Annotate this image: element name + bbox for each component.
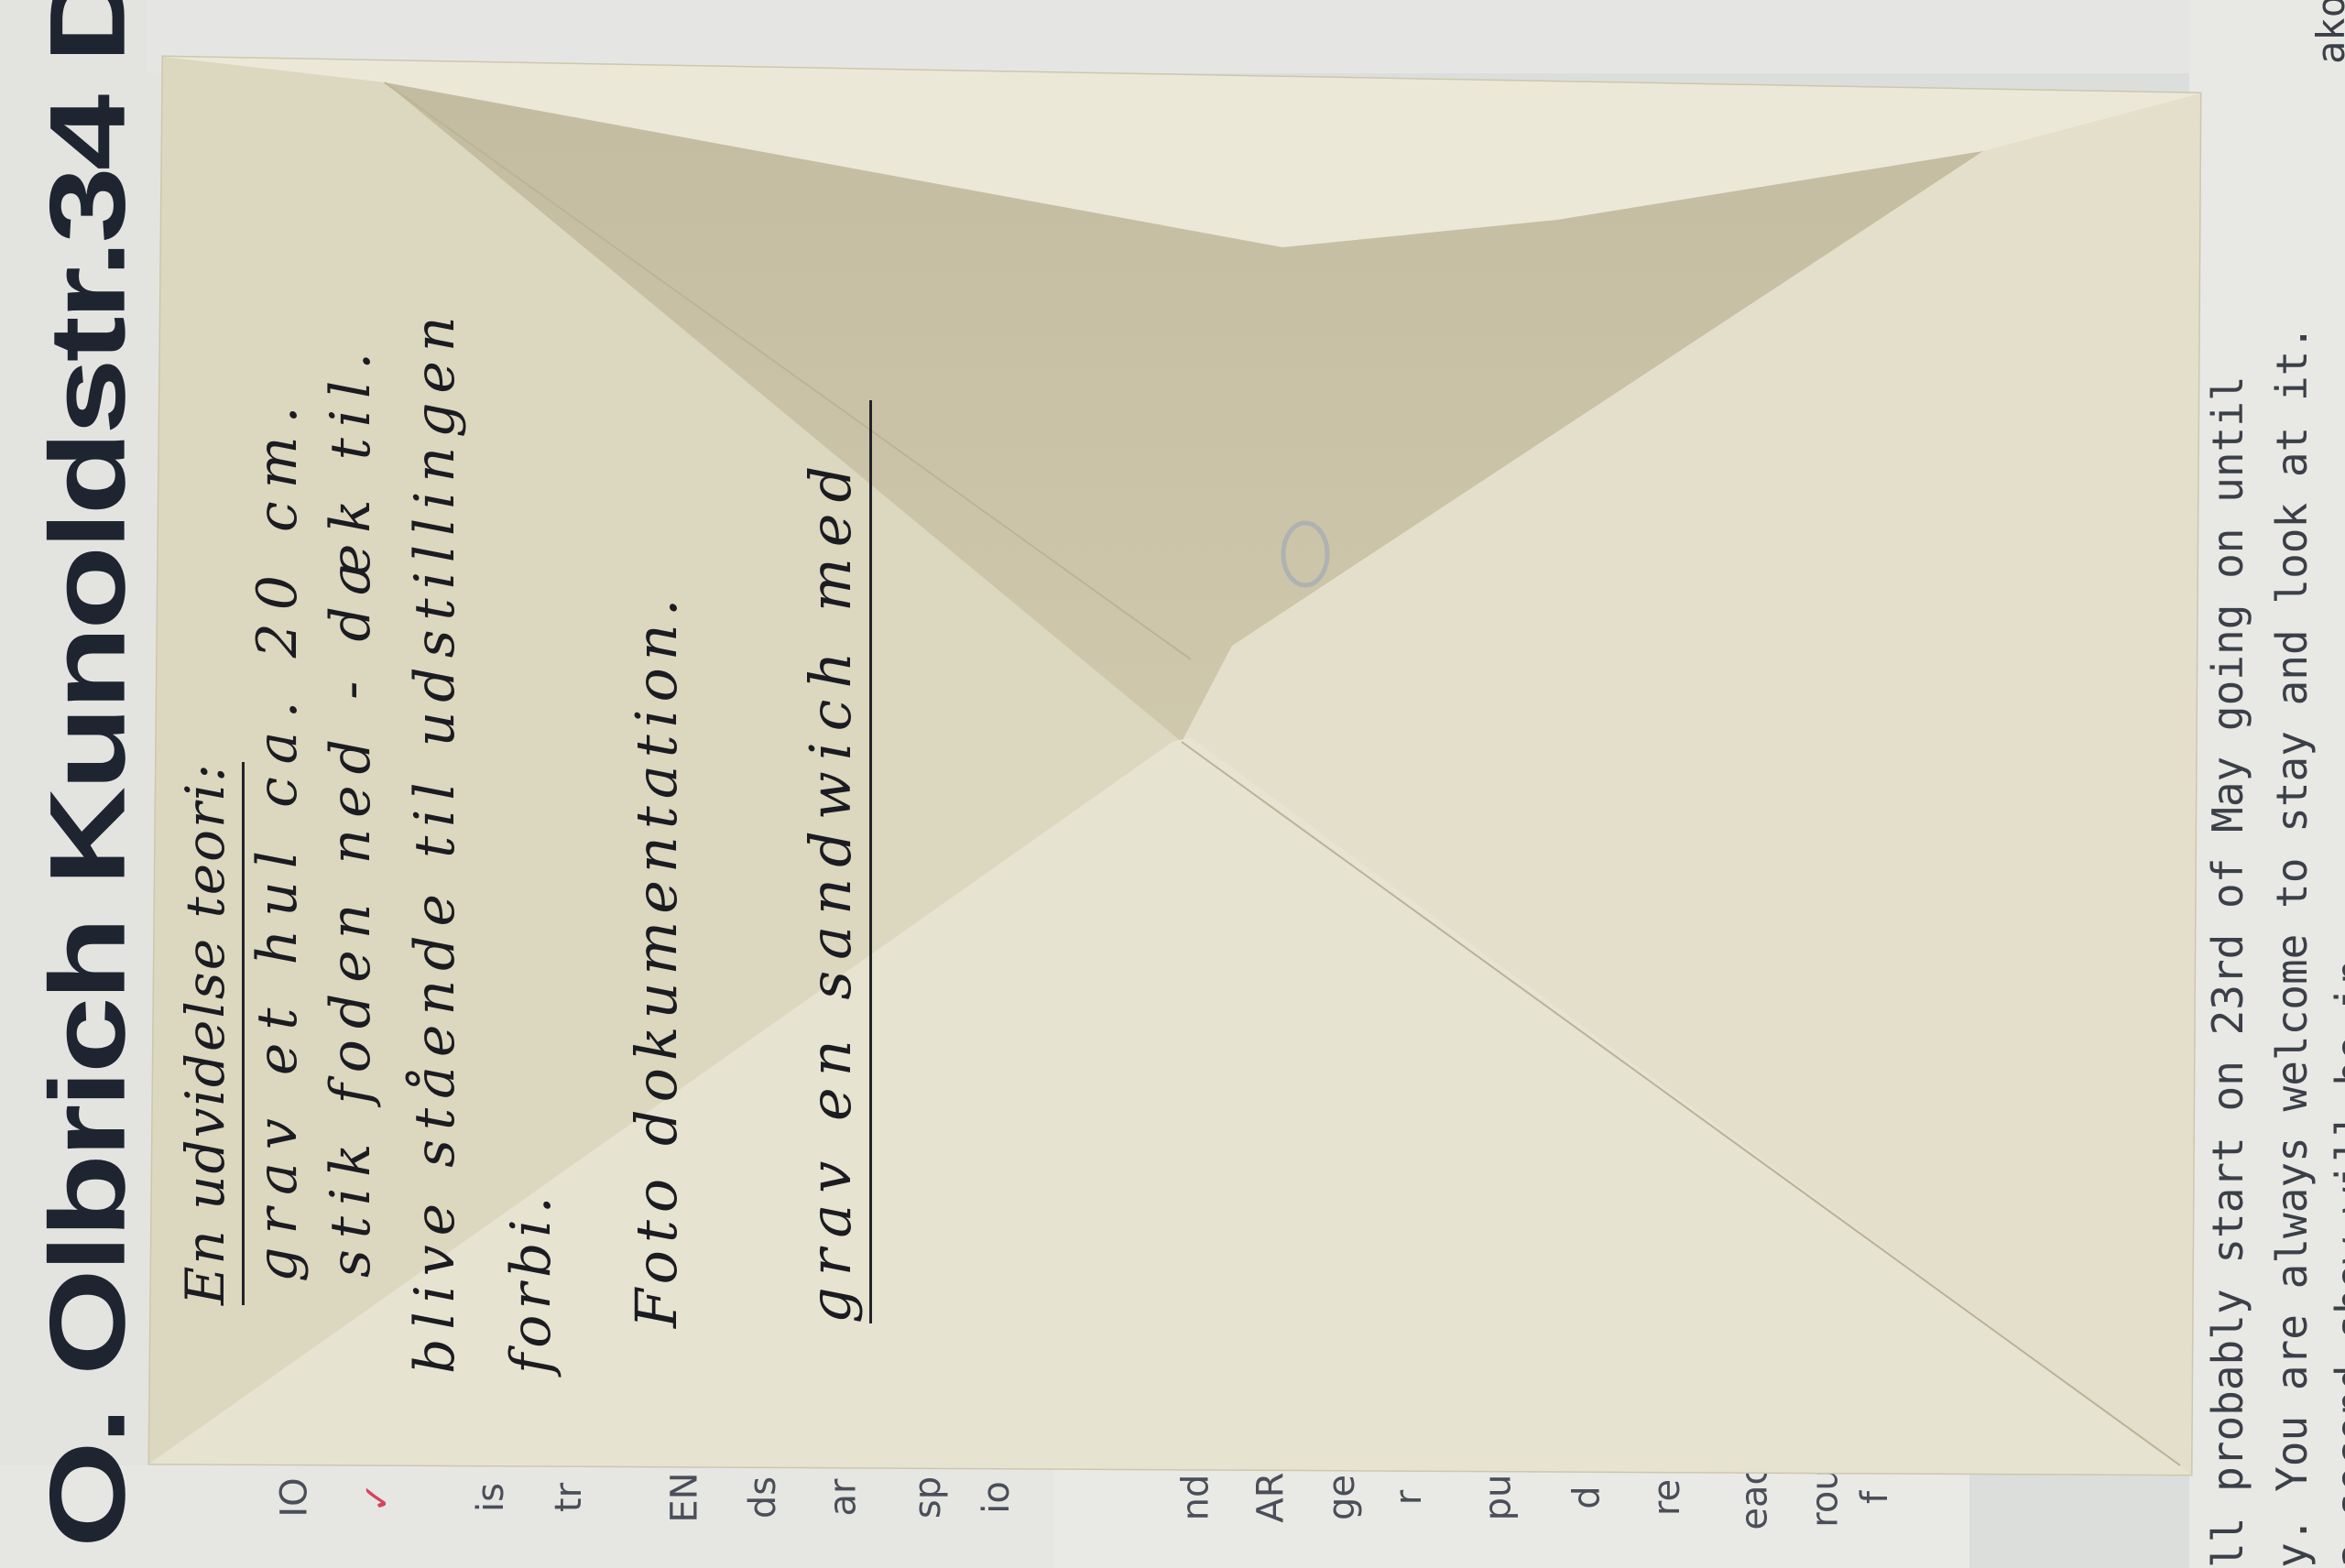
handwriting-line-6: grav en sandwich med bbox=[797, 400, 872, 1323]
handwriting-line-3: blive stående til udstillingen bbox=[403, 307, 467, 1374]
handwriting-line-4: forbi. bbox=[499, 1191, 563, 1374]
handwriting-line-1: grav et hul ca. 20 cm. bbox=[245, 393, 310, 1282]
handwriting-heading: En udvidelse teori: bbox=[174, 762, 245, 1305]
handwriting-line-5: Foto dokumentation. bbox=[623, 592, 690, 1328]
photo-scene: O. Olbrich Kunoldstr.34 D-3500 Kassel ll… bbox=[0, 0, 2345, 1568]
handwriting-line-2: stik foden ned - dæk til. bbox=[319, 342, 383, 1278]
